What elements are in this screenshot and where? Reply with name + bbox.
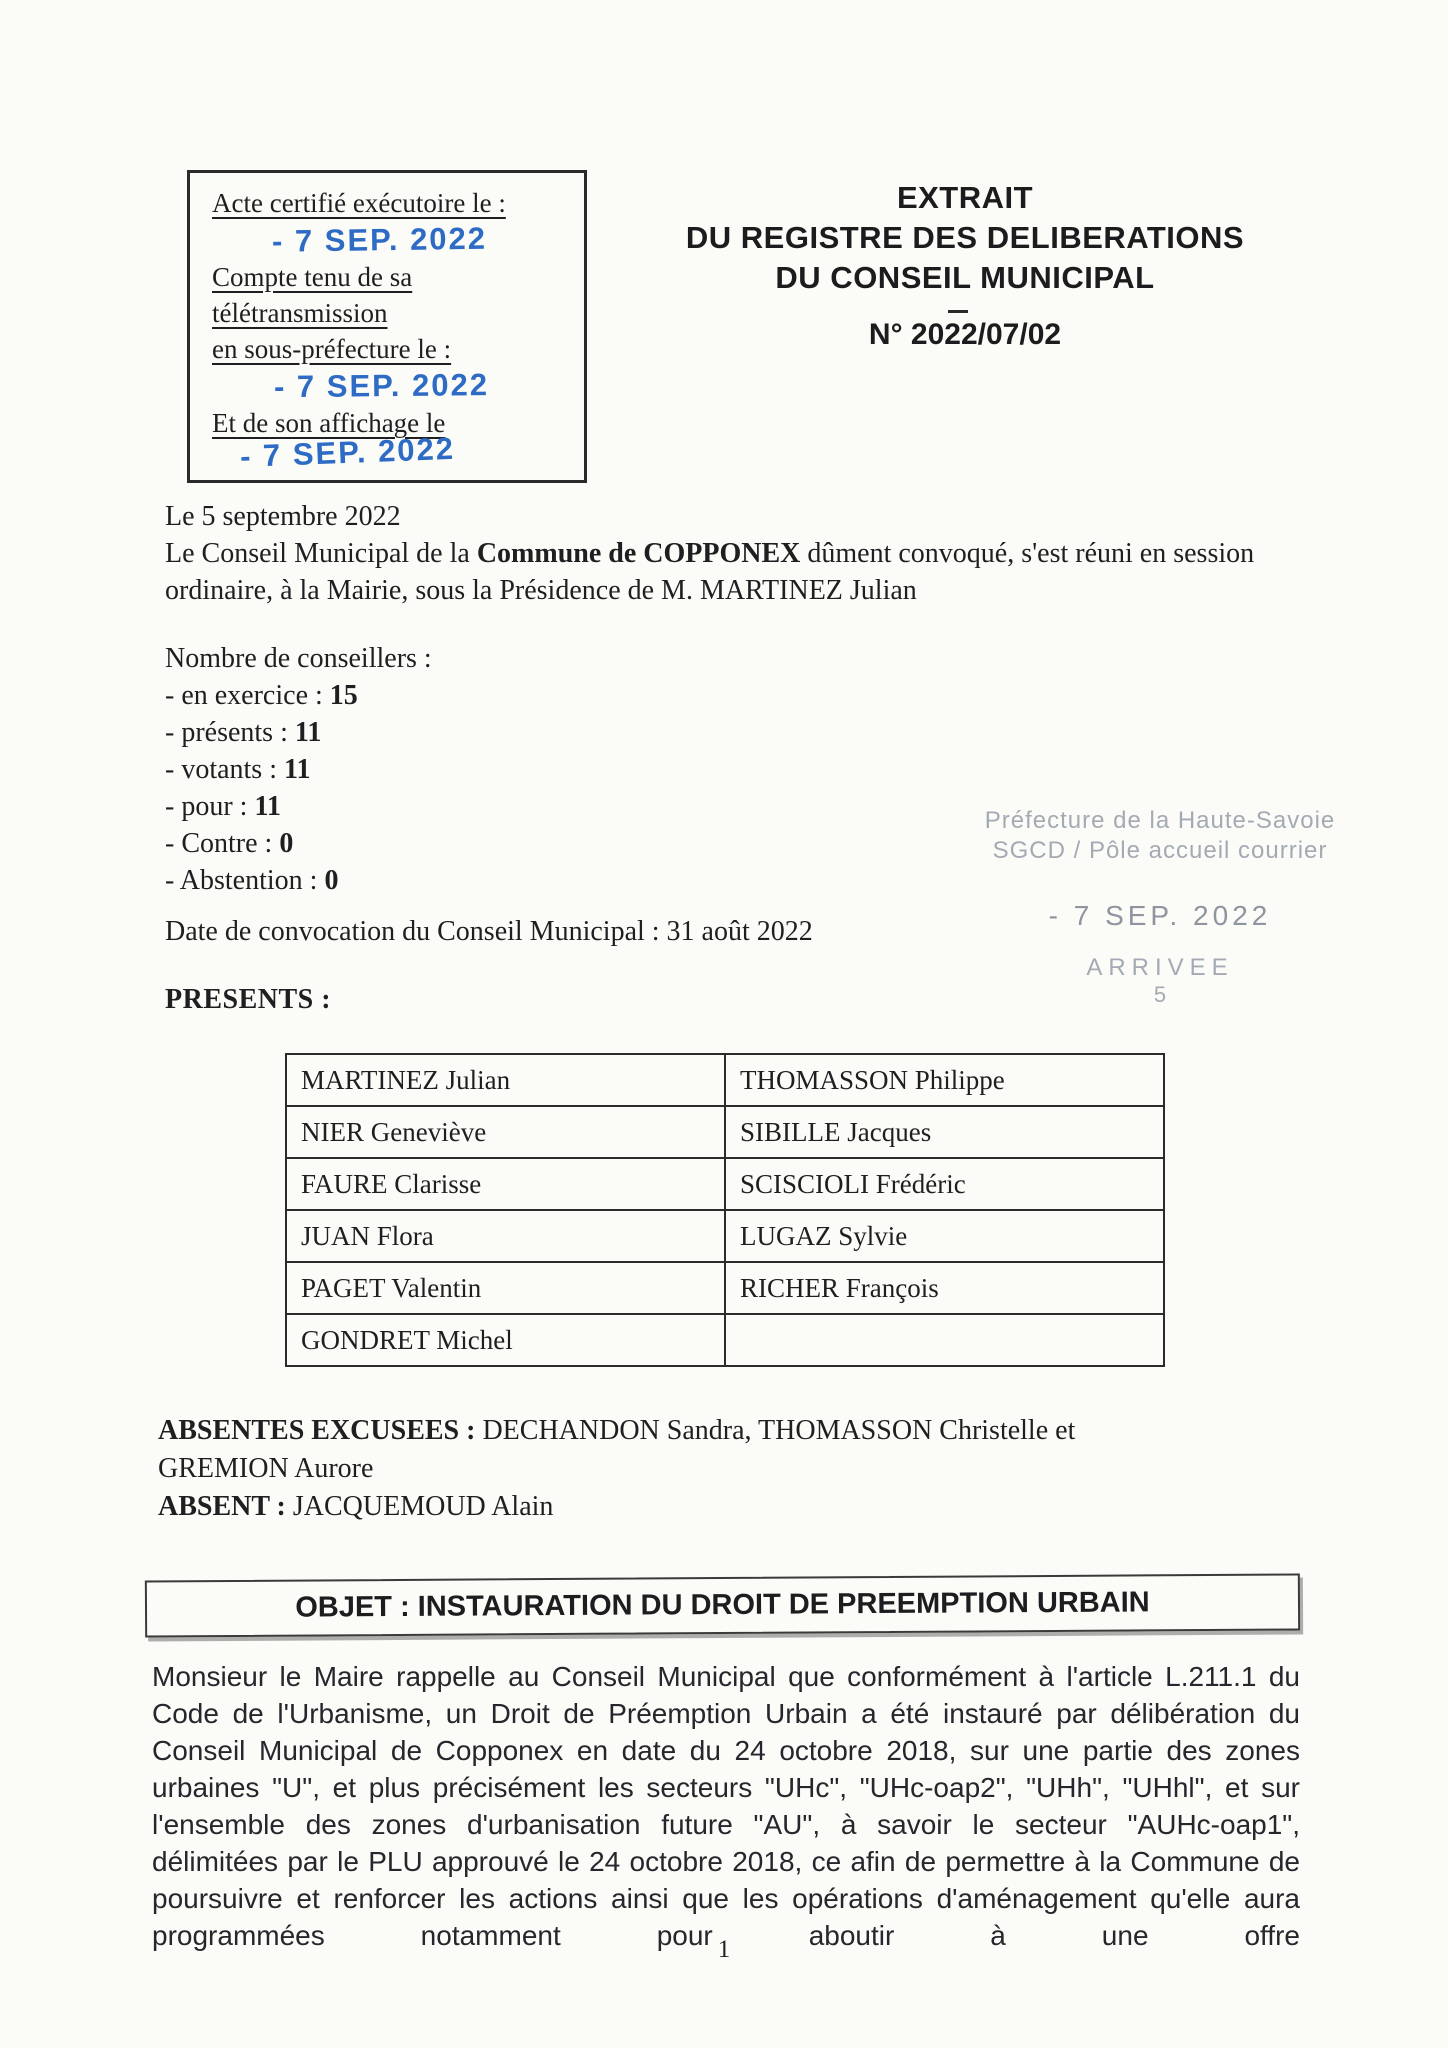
count-value: 11 <box>254 791 280 822</box>
title-line-extrait: EXTRAIT <box>610 178 1320 218</box>
present-member-cell: RICHER François <box>725 1262 1164 1314</box>
commune-name: Commune de COPPONEX <box>477 538 801 569</box>
absent-names: JACQUEMOUD Alain <box>293 1491 554 1522</box>
absentes-excusees-label: ABSENTES EXCUSEES : <box>158 1415 482 1446</box>
document-title: EXTRAIT DU REGISTRE DES DELIBERATIONS DU… <box>610 178 1320 298</box>
present-member-cell: FAURE Clarisse <box>286 1158 725 1210</box>
table-row: GONDRET Michel <box>286 1314 1164 1366</box>
present-member-cell: NIER Geneviève <box>286 1106 725 1158</box>
session-description: Le Conseil Municipal de la Commune de CO… <box>165 535 1270 609</box>
count-value: 11 <box>284 754 310 785</box>
presents-heading: PRESENTS : <box>165 984 331 1016</box>
prefecture-arrival-stamp: Préfecture de la Haute-Savoie SGCD / Pôl… <box>950 806 1370 1008</box>
session-text-prefix: Le Conseil Municipal de la <box>165 538 477 569</box>
prefecture-name: Préfecture de la Haute-Savoie <box>950 806 1370 836</box>
count-line-presents: - présents : 11 <box>165 714 432 751</box>
cert-line-executoire: Acte certifié exécutoire le : <box>212 185 584 221</box>
count-label: - pour : <box>165 791 254 822</box>
prefecture-counter-number: 5 <box>950 982 1370 1008</box>
cert-line-teletransmission: télétransmission <box>212 295 584 331</box>
convocation-date-line: Date de convocation du Conseil Municipal… <box>165 916 813 948</box>
table-row: JUAN Flora LUGAZ Sylvie <box>286 1210 1164 1262</box>
prefecture-arrivee-label: ARRIVEE <box>950 954 1370 982</box>
certification-box: Acte certifié exécutoire le : - 7 SEP. 2… <box>187 170 587 483</box>
blue-date-stamp-2: - 7 SEP. 2022 <box>212 365 584 407</box>
absent-label: ABSENT : <box>158 1491 293 1522</box>
count-value: 11 <box>295 717 321 748</box>
count-line-votants: - votants : 11 <box>165 751 432 788</box>
present-member-cell <box>725 1314 1164 1366</box>
count-value: 15 <box>330 680 358 711</box>
absent-line: ABSENT : JACQUEMOUD Alain <box>158 1488 1158 1526</box>
count-value: 0 <box>324 865 338 896</box>
present-member-cell: LUGAZ Sylvie <box>725 1210 1164 1262</box>
count-line-abstention: - Abstention : 0 <box>165 862 432 899</box>
absences-section: ABSENTES EXCUSEES : DECHANDON Sandra, TH… <box>158 1412 1158 1526</box>
present-member-cell: SIBILLE Jacques <box>725 1106 1164 1158</box>
objet-text: OBJET : INSTAURATION DU DROIT DE PREEMPT… <box>295 1586 1150 1623</box>
table-row: FAURE Clarisse SCISCIOLI Frédéric <box>286 1158 1164 1210</box>
present-member-cell: THOMASSON Philippe <box>725 1054 1164 1106</box>
count-line-en-exercice: - en exercice : 15 <box>165 677 432 714</box>
deliberation-number: N° 2022/07/02 <box>610 318 1320 352</box>
table-row: MARTINEZ Julian THOMASSON Philippe <box>286 1054 1164 1106</box>
count-label: - en exercice : <box>165 680 330 711</box>
absentes-excusees-line: ABSENTES EXCUSEES : DECHANDON Sandra, TH… <box>158 1412 1158 1488</box>
count-label: - votants : <box>165 754 284 785</box>
title-line-registre: DU REGISTRE DES DELIBERATIONS <box>610 218 1320 258</box>
title-line-conseil: DU CONSEIL MUNICIPAL <box>610 258 1320 298</box>
count-line-contre: - Contre : 0 <box>165 825 432 862</box>
counts-heading: Nombre de conseillers : <box>165 640 432 677</box>
count-line-pour: - pour : 11 <box>165 788 432 825</box>
prefecture-service: SGCD / Pôle accueil courrier <box>950 836 1370 866</box>
count-label: - Contre : <box>165 828 279 859</box>
deliberation-number-text: N° 2022/07/02 <box>869 318 1061 351</box>
objet-box: OBJET : INSTAURATION DU DROIT DE PREEMPT… <box>145 1573 1300 1637</box>
session-date: Le 5 septembre 2022 <box>165 498 1270 535</box>
prefecture-date-stamp: - 7 SEP. 2022 <box>950 900 1370 932</box>
session-intro: Le 5 septembre 2022 Le Conseil Municipal… <box>165 498 1270 609</box>
cert-line-compte-tenu: Compte tenu de sa <box>212 259 584 295</box>
table-row: NIER Geneviève SIBILLE Jacques <box>286 1106 1164 1158</box>
document-page: Acte certifié exécutoire le : - 7 SEP. 2… <box>0 0 1448 2048</box>
count-label: - Abstention : <box>165 865 324 896</box>
present-member-cell: PAGET Valentin <box>286 1262 725 1314</box>
scan-mark <box>948 310 968 313</box>
councillor-counts: Nombre de conseillers : - en exercice : … <box>165 640 432 899</box>
present-member-cell: GONDRET Michel <box>286 1314 725 1366</box>
present-member-cell: JUAN Flora <box>286 1210 725 1262</box>
page-number: 1 <box>0 1936 1448 1964</box>
count-label: - présents : <box>165 717 295 748</box>
cert-line-sous-prefecture: en sous-préfecture le : <box>212 331 584 367</box>
deliberation-paragraph: Monsieur le Maire rappelle au Conseil Mu… <box>152 1658 1300 1954</box>
presents-table: MARTINEZ Julian THOMASSON Philippe NIER … <box>285 1053 1165 1367</box>
present-member-cell: SCISCIOLI Frédéric <box>725 1158 1164 1210</box>
present-member-cell: MARTINEZ Julian <box>286 1054 725 1106</box>
count-value: 0 <box>279 828 293 859</box>
table-row: PAGET Valentin RICHER François <box>286 1262 1164 1314</box>
blue-date-stamp-1: - 7 SEP. 2022 <box>212 218 584 261</box>
